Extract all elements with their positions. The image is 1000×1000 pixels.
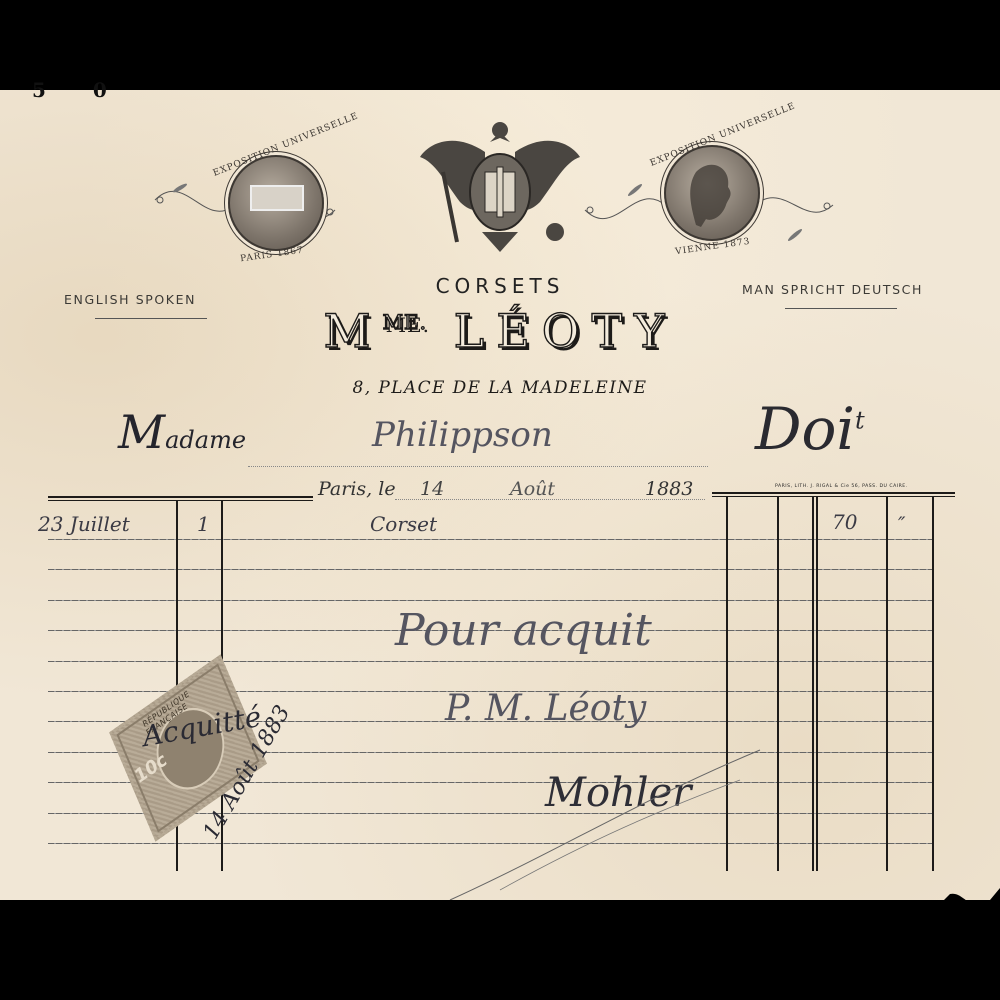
corner-marks: 5 0	[32, 78, 127, 102]
stamp-value: 10c	[132, 748, 170, 788]
date-place: Paris, le	[318, 478, 396, 500]
date-year: 1883	[645, 478, 693, 500]
column-divider	[932, 497, 934, 871]
brand-prefix-sup: ME.	[383, 310, 427, 334]
ruled-line	[48, 569, 933, 570]
receipt-line2: P. M. Léoty	[445, 688, 646, 729]
item-date: 23 Juillet	[38, 512, 130, 536]
column-divider	[886, 497, 888, 871]
brand-name: MME. LÉOTY	[0, 304, 1000, 358]
ruled-line	[48, 539, 933, 540]
item-francs: 70	[832, 510, 857, 534]
trade-title: CORSETS	[0, 274, 1000, 298]
salutation-initial: M	[118, 405, 165, 459]
item-quantity: 1	[197, 512, 210, 536]
item-description: Corset	[370, 512, 437, 536]
salutation-rest: adame	[165, 426, 246, 454]
column-divider	[812, 497, 814, 871]
medal-portrait-icon	[664, 145, 760, 241]
column-divider	[816, 497, 818, 871]
item-centimes: ″	[898, 512, 905, 536]
torn-edge-shape	[0, 880, 1000, 920]
column-divider	[777, 497, 779, 871]
date-month: Août	[510, 478, 555, 500]
receipt-line1: Pour acquit	[395, 605, 652, 656]
printer-imprint: PARIS, LITH. J. RIGAL & Cie 56, PASS. DU…	[775, 484, 908, 489]
salutation: Madame	[118, 405, 246, 459]
addressee-dotted-line	[248, 466, 708, 467]
double-headed-eagle-icon	[415, 112, 585, 272]
doit-text: Doi	[755, 395, 855, 463]
doit-label: Doit	[755, 395, 865, 463]
medal-cherubs-icon	[228, 155, 324, 251]
date-dotted-line	[395, 499, 705, 500]
ruled-line	[48, 600, 933, 601]
customer-name: Philippson	[372, 415, 553, 455]
brand-surname: LÉOTY	[454, 304, 677, 358]
ruled-line	[48, 661, 933, 662]
date-day: 14	[420, 478, 444, 500]
brand-prefix: M	[323, 304, 382, 358]
doit-sup: t	[855, 407, 865, 435]
